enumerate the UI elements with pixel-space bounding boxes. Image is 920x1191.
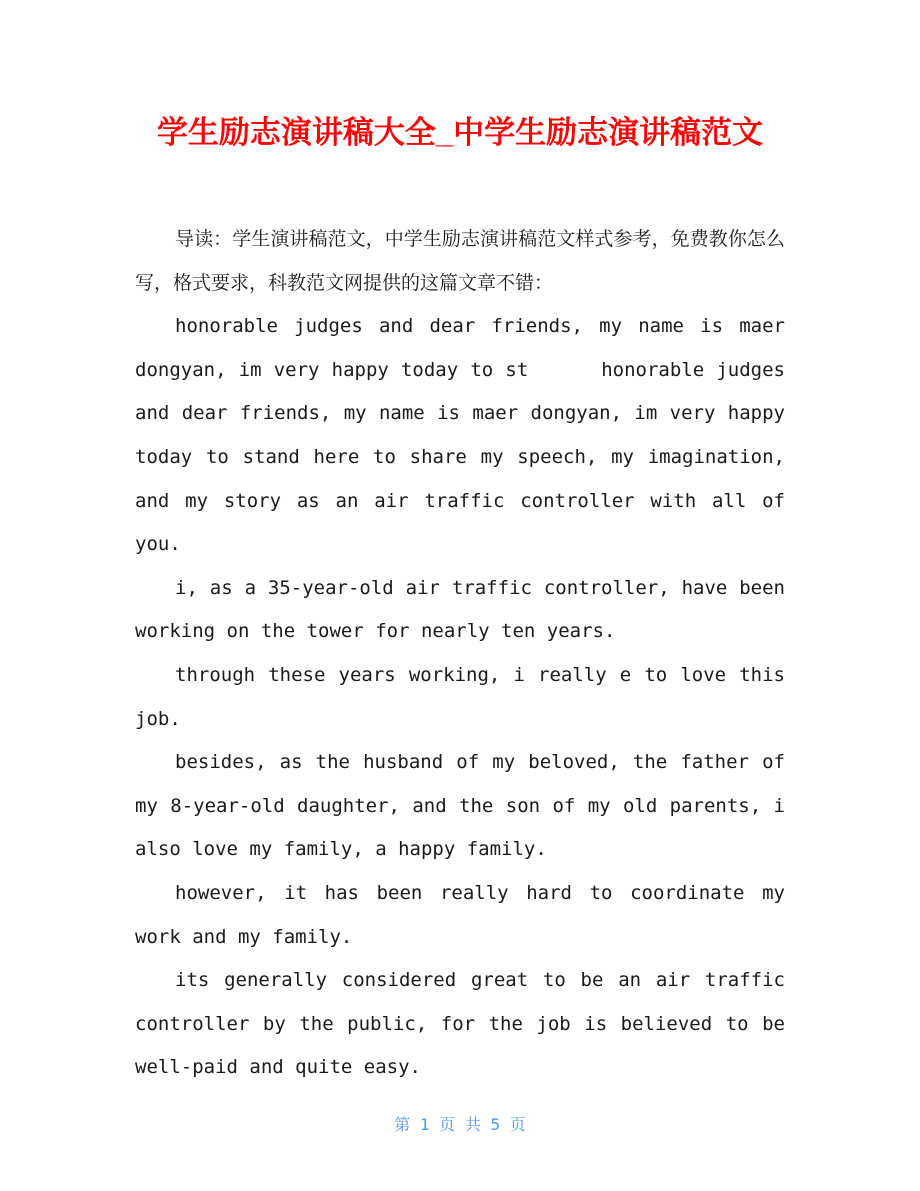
paragraph: honorable judges and dear friends, my na… [135, 305, 785, 567]
page-footer: 第 1 页 共 5 页 [0, 1115, 920, 1135]
document-body: 导读：学生演讲稿范文，中学生励志演讲稿范文样式参考，免费教你怎么写，格式要求，科… [135, 218, 785, 1090]
document-title: 学生励志演讲稿大全_中学生励志演讲稿范文 [0, 0, 920, 156]
paragraph: i, as a 35-year-old air traffic controll… [135, 567, 785, 654]
paragraph: however, it has been really hard to coor… [135, 872, 785, 959]
paragraph: through these years working, i really e … [135, 654, 785, 741]
paragraph: besides, as the husband of my beloved, t… [135, 741, 785, 872]
page-number-text: 第 1 页 共 5 页 [394, 1115, 525, 1134]
document-page: 学生励志演讲稿大全_中学生励志演讲稿范文 导读：学生演讲稿范文，中学生励志演讲稿… [0, 0, 920, 1191]
paragraph: its generally considered great to be an … [135, 959, 785, 1090]
paragraph: 导读：学生演讲稿范文，中学生励志演讲稿范文样式参考，免费教你怎么写，格式要求，科… [135, 218, 785, 305]
